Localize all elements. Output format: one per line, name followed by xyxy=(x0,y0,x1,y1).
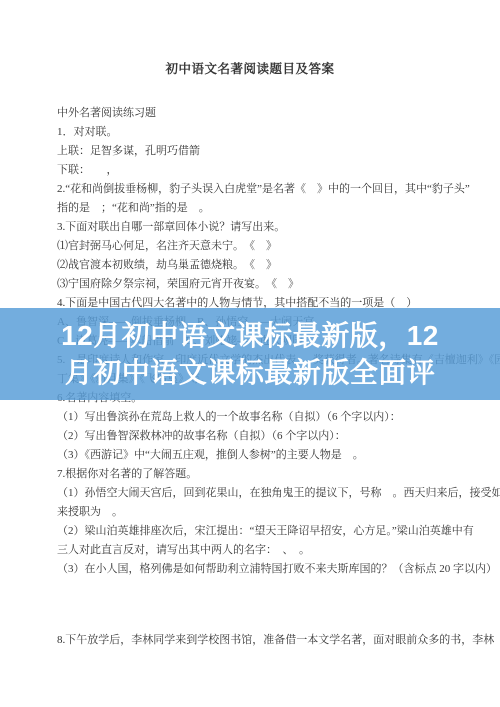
doc-line: （2）写出鲁智深救林冲的故事名称（自拟）（6 个字以内）： xyxy=(0,427,500,446)
doc-line: 指的是 ；“花和尚”指的是 。 xyxy=(0,199,500,218)
doc-line: 下联： ， xyxy=(0,161,500,180)
doc-line: 1．对对联。 xyxy=(0,123,500,142)
doc-line: 三人对此直言反对，请写出其中两人的名字： 、 。 xyxy=(0,541,500,560)
document-page: 初中语文名著阅读题目及答案 中外名著阅读练习题 1．对对联。 上联：足智多谋，孔… xyxy=(0,0,500,707)
doc-line: 3.下面对联出自哪一部章回体小说？请写出来。 xyxy=(0,218,500,237)
promo-banner-overlay[interactable]: 12月初中语文课标最新版，12 月初中语文课标最新版全面评 xyxy=(0,308,500,400)
doc-line: 8.下午放学后，李林同学来到学校图书馆，准备借一本文学名著，面对眼前众多的书，李… xyxy=(0,631,500,650)
doc-line: （1）孙悟空大闹天宫后，回到花果山，在独角鬼王的提议下，号称 。西天归来后，接受… xyxy=(0,484,500,503)
doc-line: （1）写出鲁滨孙在荒岛上救人的一个故事名称（自拟）（6 个字以内）： xyxy=(0,408,500,427)
doc-line: 2.“花和尚倒拔垂杨柳，豹子头误入白虎堂”是名著《 》中的一个回目，其中“豹子头… xyxy=(0,180,500,199)
banner-text-line2: 月初中语文课标最新版全面评 xyxy=(65,354,436,391)
worksheet-heading: 中外名著阅读练习题 xyxy=(0,104,500,123)
doc-line: 上联：足智多谋，孔明巧借箭 xyxy=(0,142,500,161)
doc-line: 来授职为 。 xyxy=(0,503,500,522)
page-title: 初中语文名著阅读题目及答案 xyxy=(0,0,500,79)
doc-line: （3）在小人国，格列佛是如何帮助利立浦特国打败不来夫斯库国的？（含标点 20 字… xyxy=(0,560,500,579)
doc-line: （2）梁山泊英雄排座次后，宋江提出：“望天王降诏早招安，心方足。”梁山泊英雄中有 xyxy=(0,522,500,541)
doc-line: （3）《西游记》中“大闹五庄观，推倒人参树”的主要人物是 。 xyxy=(0,446,500,465)
doc-line: 7.根据你对名著的了解答题。 xyxy=(0,465,500,484)
doc-line: ⑶宁国府除夕祭宗祠，荣国府元宵开夜宴。 《 》 xyxy=(0,275,500,294)
doc-line: ⑵战官渡本初败绩，劫乌巢孟德烧粮。 《 》 xyxy=(0,256,500,275)
banner-text-line1: 12月初中语文课标最新版，12 xyxy=(61,317,439,354)
doc-line: ⑴官封弼马心何足，名注齐天意未宁。 《 》 xyxy=(0,237,500,256)
